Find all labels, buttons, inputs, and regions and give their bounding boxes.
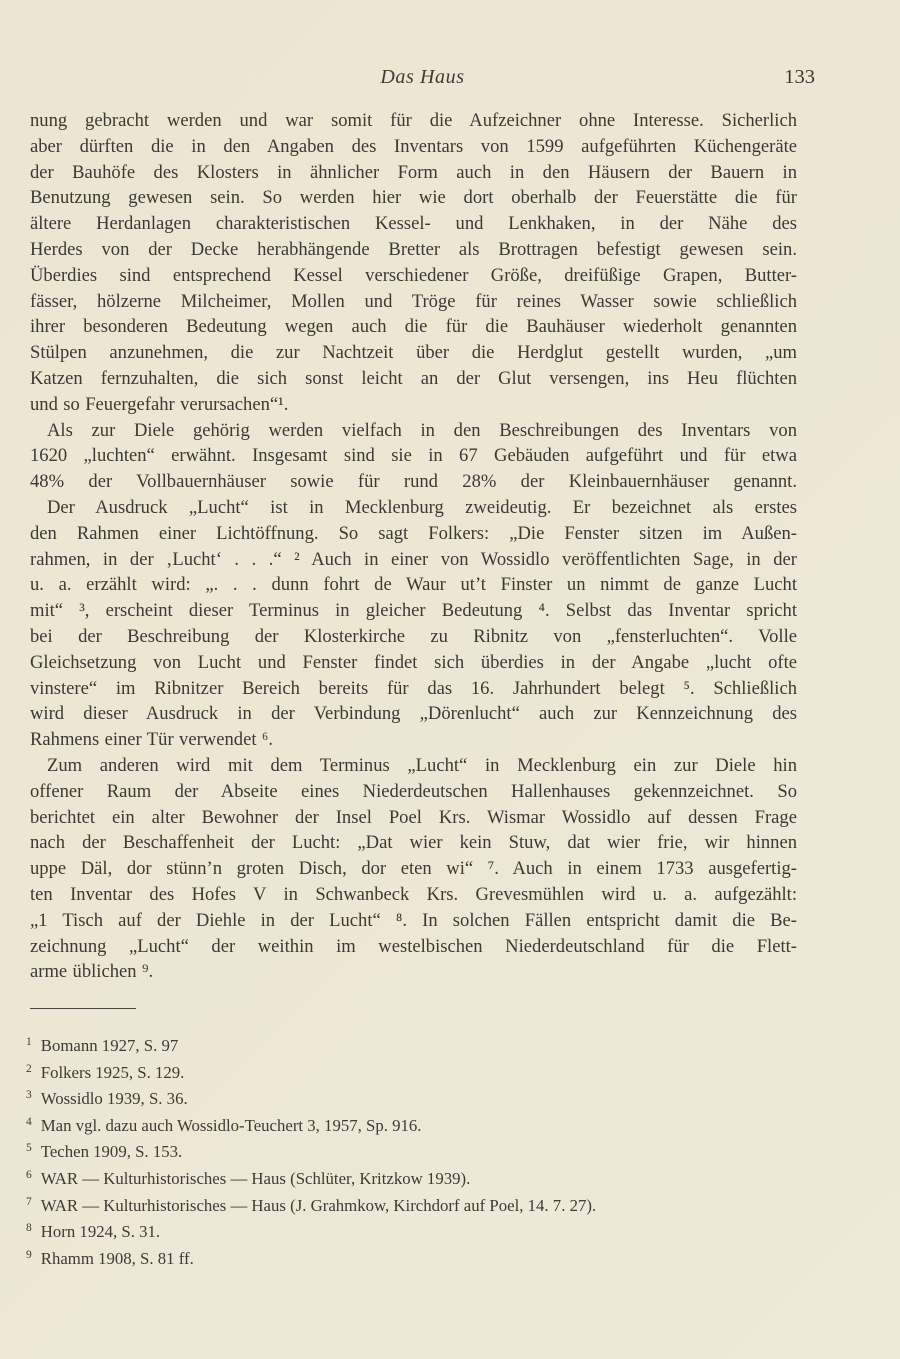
text-line: nach der Beschaffenheit der Lucht: „Dat … bbox=[30, 830, 797, 856]
footnote-item: 5Techen 1909, S. 153. bbox=[24, 1137, 799, 1164]
text-line: Katzen fernzuhalten, die sich sonst leic… bbox=[30, 366, 797, 392]
footnote-text: Wossidlo 1939, S. 36. bbox=[41, 1089, 188, 1108]
text-line: der Bauhöfe des Klosters in ähnlicher Fo… bbox=[30, 160, 797, 186]
text-line: den Rahmen einer Lichtöffnung. So sagt F… bbox=[30, 521, 797, 547]
footnote-item: 7WAR — Kulturhistorisches — Haus (J. Gra… bbox=[24, 1191, 799, 1218]
text-line: rahmen, in der ‚Lucht‘ . . .“ ² Auch in … bbox=[30, 547, 797, 573]
text-line: Gleichsetzung von Lucht und Fenster find… bbox=[30, 650, 797, 676]
footnote-item: 6WAR — Kulturhistorisches — Haus (Schlüt… bbox=[24, 1164, 799, 1191]
text-line: fässer, hölzerne Milcheimer, Mollen und … bbox=[30, 289, 797, 315]
footnotes-section: 1Bomann 1927, S. 972Folkers 1925, S. 129… bbox=[24, 1031, 799, 1270]
book-page: Das Haus 133 nung gebracht werden und wa… bbox=[0, 0, 900, 1359]
footnote-marker: 5 bbox=[26, 1137, 32, 1161]
text-line: bei der Beschreibung der Klosterkirche z… bbox=[30, 624, 797, 650]
body-text: nung gebracht werden und war somit für d… bbox=[30, 108, 797, 985]
footnote-marker: 2 bbox=[26, 1058, 32, 1082]
text-line: Rahmens einer Tür verwendet ⁶. bbox=[30, 727, 797, 753]
footnote-marker: 6 bbox=[26, 1164, 32, 1188]
text-line: ten Inventar des Hofes V in Schwanbeck K… bbox=[30, 882, 797, 908]
text-line: offener Raum der Abseite eines Niederdeu… bbox=[30, 779, 797, 805]
text-line: arme üblichen ⁹. bbox=[30, 959, 797, 985]
text-line: Überdies sind entsprechend Kessel versch… bbox=[30, 263, 797, 289]
text-line: wird dieser Ausdruck in der Verbindung „… bbox=[30, 701, 797, 727]
text-line: „1 Tisch auf der Diehle in der Lucht“ ⁸.… bbox=[30, 908, 797, 934]
footnote-text: Rhamm 1908, S. 81 ff. bbox=[41, 1249, 194, 1268]
footnote-item: 3Wossidlo 1939, S. 36. bbox=[24, 1084, 799, 1111]
text-line: Der Ausdruck „Lucht“ ist in Mecklenburg … bbox=[30, 495, 797, 521]
text-line: Zum anderen wird mit dem Terminus „Lucht… bbox=[30, 753, 797, 779]
footnote-marker: 3 bbox=[26, 1084, 32, 1108]
footnote-item: 1Bomann 1927, S. 97 bbox=[24, 1031, 799, 1058]
footnote-item: 8Horn 1924, S. 31. bbox=[24, 1217, 799, 1244]
text-line: 48% der Vollbauernhäuser sowie für rund … bbox=[30, 469, 797, 495]
footnote-item: 4Man vgl. dazu auch Wossidlo-Teuchert 3,… bbox=[24, 1111, 799, 1138]
footnote-item: 9Rhamm 1908, S. 81 ff. bbox=[24, 1244, 799, 1271]
text-line: nung gebracht werden und war somit für d… bbox=[30, 108, 797, 134]
footnote-item: 2Folkers 1925, S. 129. bbox=[24, 1058, 799, 1085]
text-line: mit“ ³, erscheint dieser Terminus in gle… bbox=[30, 598, 797, 624]
footnote-text: Techen 1909, S. 153. bbox=[41, 1142, 182, 1161]
footnote-text: Man vgl. dazu auch Wossidlo-Teuchert 3, … bbox=[41, 1116, 422, 1135]
footnote-marker: 9 bbox=[26, 1244, 32, 1268]
text-line: zeichnung „Lucht“ der weithin im westelb… bbox=[30, 934, 797, 960]
text-line: ältere Herdanlagen charakteristischen Ke… bbox=[30, 211, 797, 237]
footnote-separator bbox=[30, 1008, 136, 1009]
text-line: vinstere“ im Ribnitzer Bereich bereits f… bbox=[30, 676, 797, 702]
footnote-marker: 4 bbox=[26, 1111, 32, 1135]
text-line: Herdes von der Decke herabhängende Brett… bbox=[30, 237, 797, 263]
page-number: 133 bbox=[784, 66, 815, 89]
footnote-marker: 1 bbox=[26, 1031, 32, 1055]
running-title: Das Haus bbox=[30, 66, 815, 89]
text-line: Als zur Diele gehörig werden vielfach in… bbox=[30, 418, 797, 444]
footnote-text: Horn 1924, S. 31. bbox=[41, 1222, 160, 1241]
text-line: Stülpen anzunehmen, die zur Nachtzeit üb… bbox=[30, 340, 797, 366]
text-line: Benutzung gewesen sein. So werden hier w… bbox=[30, 185, 797, 211]
text-line: aber dürften die in den Angaben des Inve… bbox=[30, 134, 797, 160]
footnote-text: Bomann 1927, S. 97 bbox=[41, 1036, 179, 1055]
running-header: Das Haus 133 bbox=[30, 66, 815, 94]
footnote-marker: 8 bbox=[26, 1217, 32, 1241]
text-line: u. a. erzählt wird: „. . . dunn fohrt de… bbox=[30, 572, 797, 598]
text-line: 1620 „luchten“ erwähnt. Insgesamt sind s… bbox=[30, 443, 797, 469]
footnote-text: Folkers 1925, S. 129. bbox=[41, 1063, 185, 1082]
footnote-text: WAR — Kulturhistorisches — Haus (Schlüte… bbox=[41, 1169, 471, 1188]
text-line: uppe Däl, dor stünn’n groten Disch, dor … bbox=[30, 856, 797, 882]
footnote-marker: 7 bbox=[26, 1191, 32, 1215]
text-line: ihrer besonderen Bedeutung wegen auch di… bbox=[30, 314, 797, 340]
text-line: berichtet ein alter Bewohner der Insel P… bbox=[30, 805, 797, 831]
footnote-text: WAR — Kulturhistorisches — Haus (J. Grah… bbox=[41, 1196, 596, 1215]
text-line: und so Feuergefahr verursachen“¹. bbox=[30, 392, 797, 418]
